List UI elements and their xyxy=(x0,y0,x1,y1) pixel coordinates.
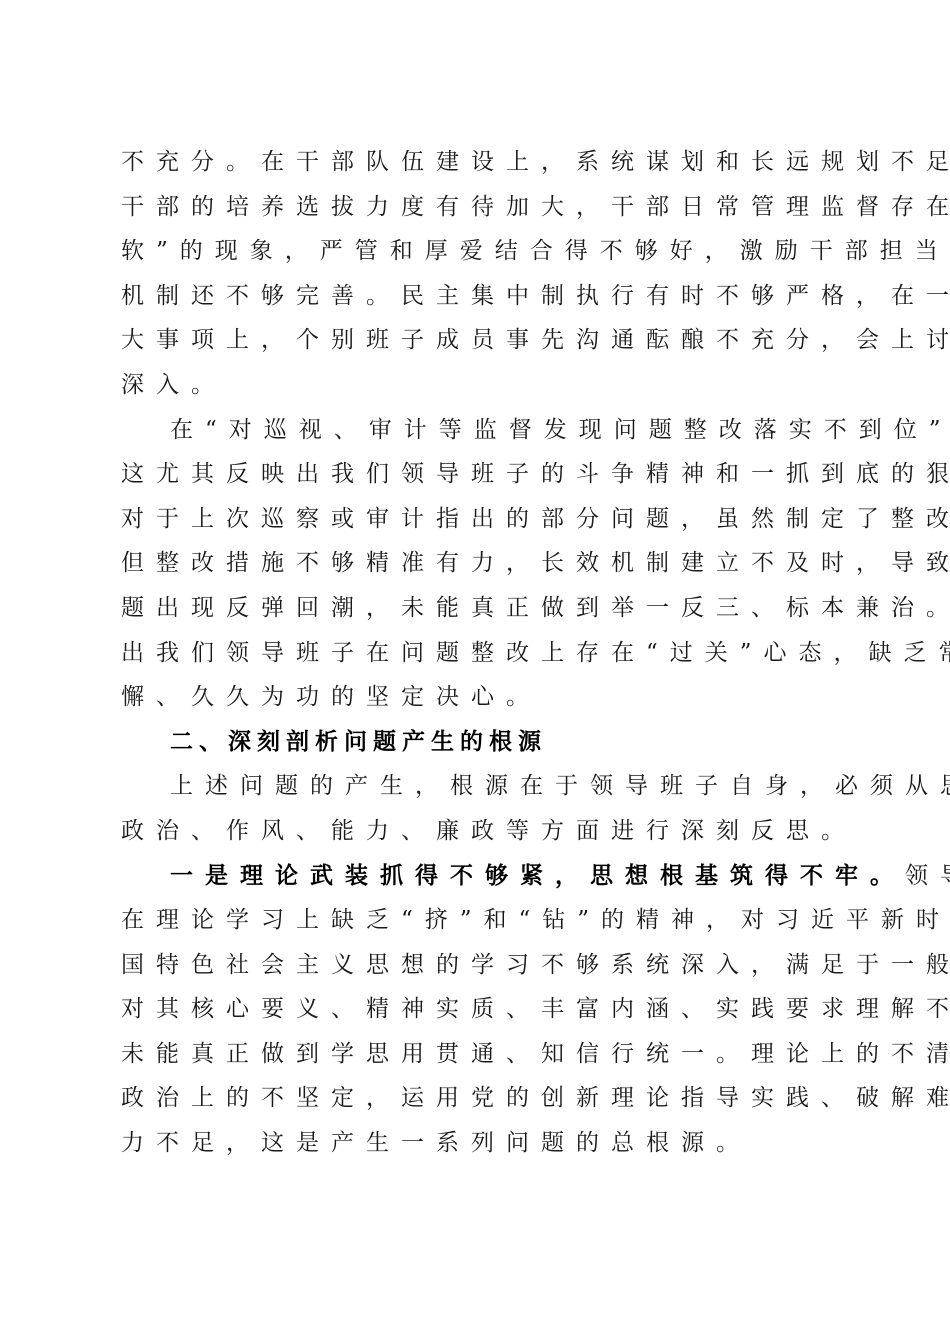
text-line: 在“对巡视、审计等监督发现问题整改落实不到位”方面 xyxy=(121,408,861,453)
paragraph-root-intro: 上述问题的产生，根源在于领导班子自身，必须从思想、 政治、作风、能力、廉政等方面… xyxy=(121,764,861,853)
text-line: 不充分。在干部队伍建设上，系统谋划和长远规划不足，年轻 xyxy=(121,140,861,185)
text-line: 懈、久久为功的坚定决心。 xyxy=(121,675,861,720)
paragraph-lead-sentence: 一是理论武装抓得不够紧，思想根基筑得不牢。 xyxy=(170,862,905,889)
text-line: 上述问题的产生，根源在于领导班子自身，必须从思想、 xyxy=(121,764,861,809)
text-line: 软”的现象，严管和厚爱结合得不够好，激励干部担当作为的 xyxy=(121,229,861,274)
text-line: 大事项上，个别班子成员事先沟通酝酿不充分，会上讨论不够 xyxy=(121,318,861,363)
paragraph-rectification: 在“对巡视、审计等监督发现问题整改落实不到位”方面 这尤其反映出我们领导班子的斗… xyxy=(121,408,861,720)
text-line: 这尤其反映出我们领导班子的斗争精神和一抓到底的狠劲不足。 xyxy=(121,452,861,497)
paragraph-cadre-building: 不充分。在干部队伍建设上，系统谋划和长远规划不足，年轻 干部的培养选拔力度有待加… xyxy=(121,140,861,408)
text-line: 但整改措施不够精准有力，长效机制建立不及时，导致一些问 xyxy=(121,541,861,586)
text-line: 国特色社会主义思想的学习不够系统深入，满足于一般性了解， xyxy=(121,943,861,988)
text-line: 出我们领导班子在问题整改上存在“过关”心态，缺乏常抓不 xyxy=(121,631,861,676)
text-line: 在理论学习上缺乏“挤”和“钻”的精神，对习近平新时代中 xyxy=(121,898,861,943)
document-page: 不充分。在干部队伍建设上，系统谋划和长远规划不足，年轻 干部的培养选拔力度有待加… xyxy=(0,0,950,1344)
text-run: 领导班子 xyxy=(905,863,950,889)
text-line: 机制还不够完善。民主集中制执行有时不够严格，在一些非重 xyxy=(121,274,861,319)
text-line: 政治、作风、能力、廉政等方面进行深刻反思。 xyxy=(121,809,861,854)
text-line: 题出现反弹回潮，未能真正做到举一反三、标本兼治。这暴露 xyxy=(121,586,861,631)
text-line: 对于上次巡察或审计指出的部分问题，虽然制定了整改方案， xyxy=(121,497,861,542)
document-body: 不充分。在干部队伍建设上，系统谋划和长远规划不足，年轻 干部的培养选拔力度有待加… xyxy=(121,140,861,1166)
text-line: 未能真正做到学思用贯通、知信行统一。理论上的不清醒导致 xyxy=(121,1032,861,1077)
text-line: 力不足，这是产生一系列问题的总根源。 xyxy=(121,1121,861,1166)
text-line: 政治上的不坚定，运用党的创新理论指导实践、破解难题的能 xyxy=(121,1076,861,1121)
text-line: 对其核心要义、精神实质、丰富内涵、实践要求理解不够透彻， xyxy=(121,987,861,1032)
section-heading: 二、深刻剖析问题产生的根源 xyxy=(121,720,861,765)
text-line: 一是理论武装抓得不够紧，思想根基筑得不牢。领导班子 xyxy=(121,854,861,899)
text-line: 深入。 xyxy=(121,363,861,408)
paragraph-theory-armament: 一是理论武装抓得不够紧，思想根基筑得不牢。领导班子 在理论学习上缺乏“挤”和“钻… xyxy=(121,854,861,1166)
text-line: 干部的培养选拔力度有待加大，干部日常管理监督存在“宽松 xyxy=(121,185,861,230)
